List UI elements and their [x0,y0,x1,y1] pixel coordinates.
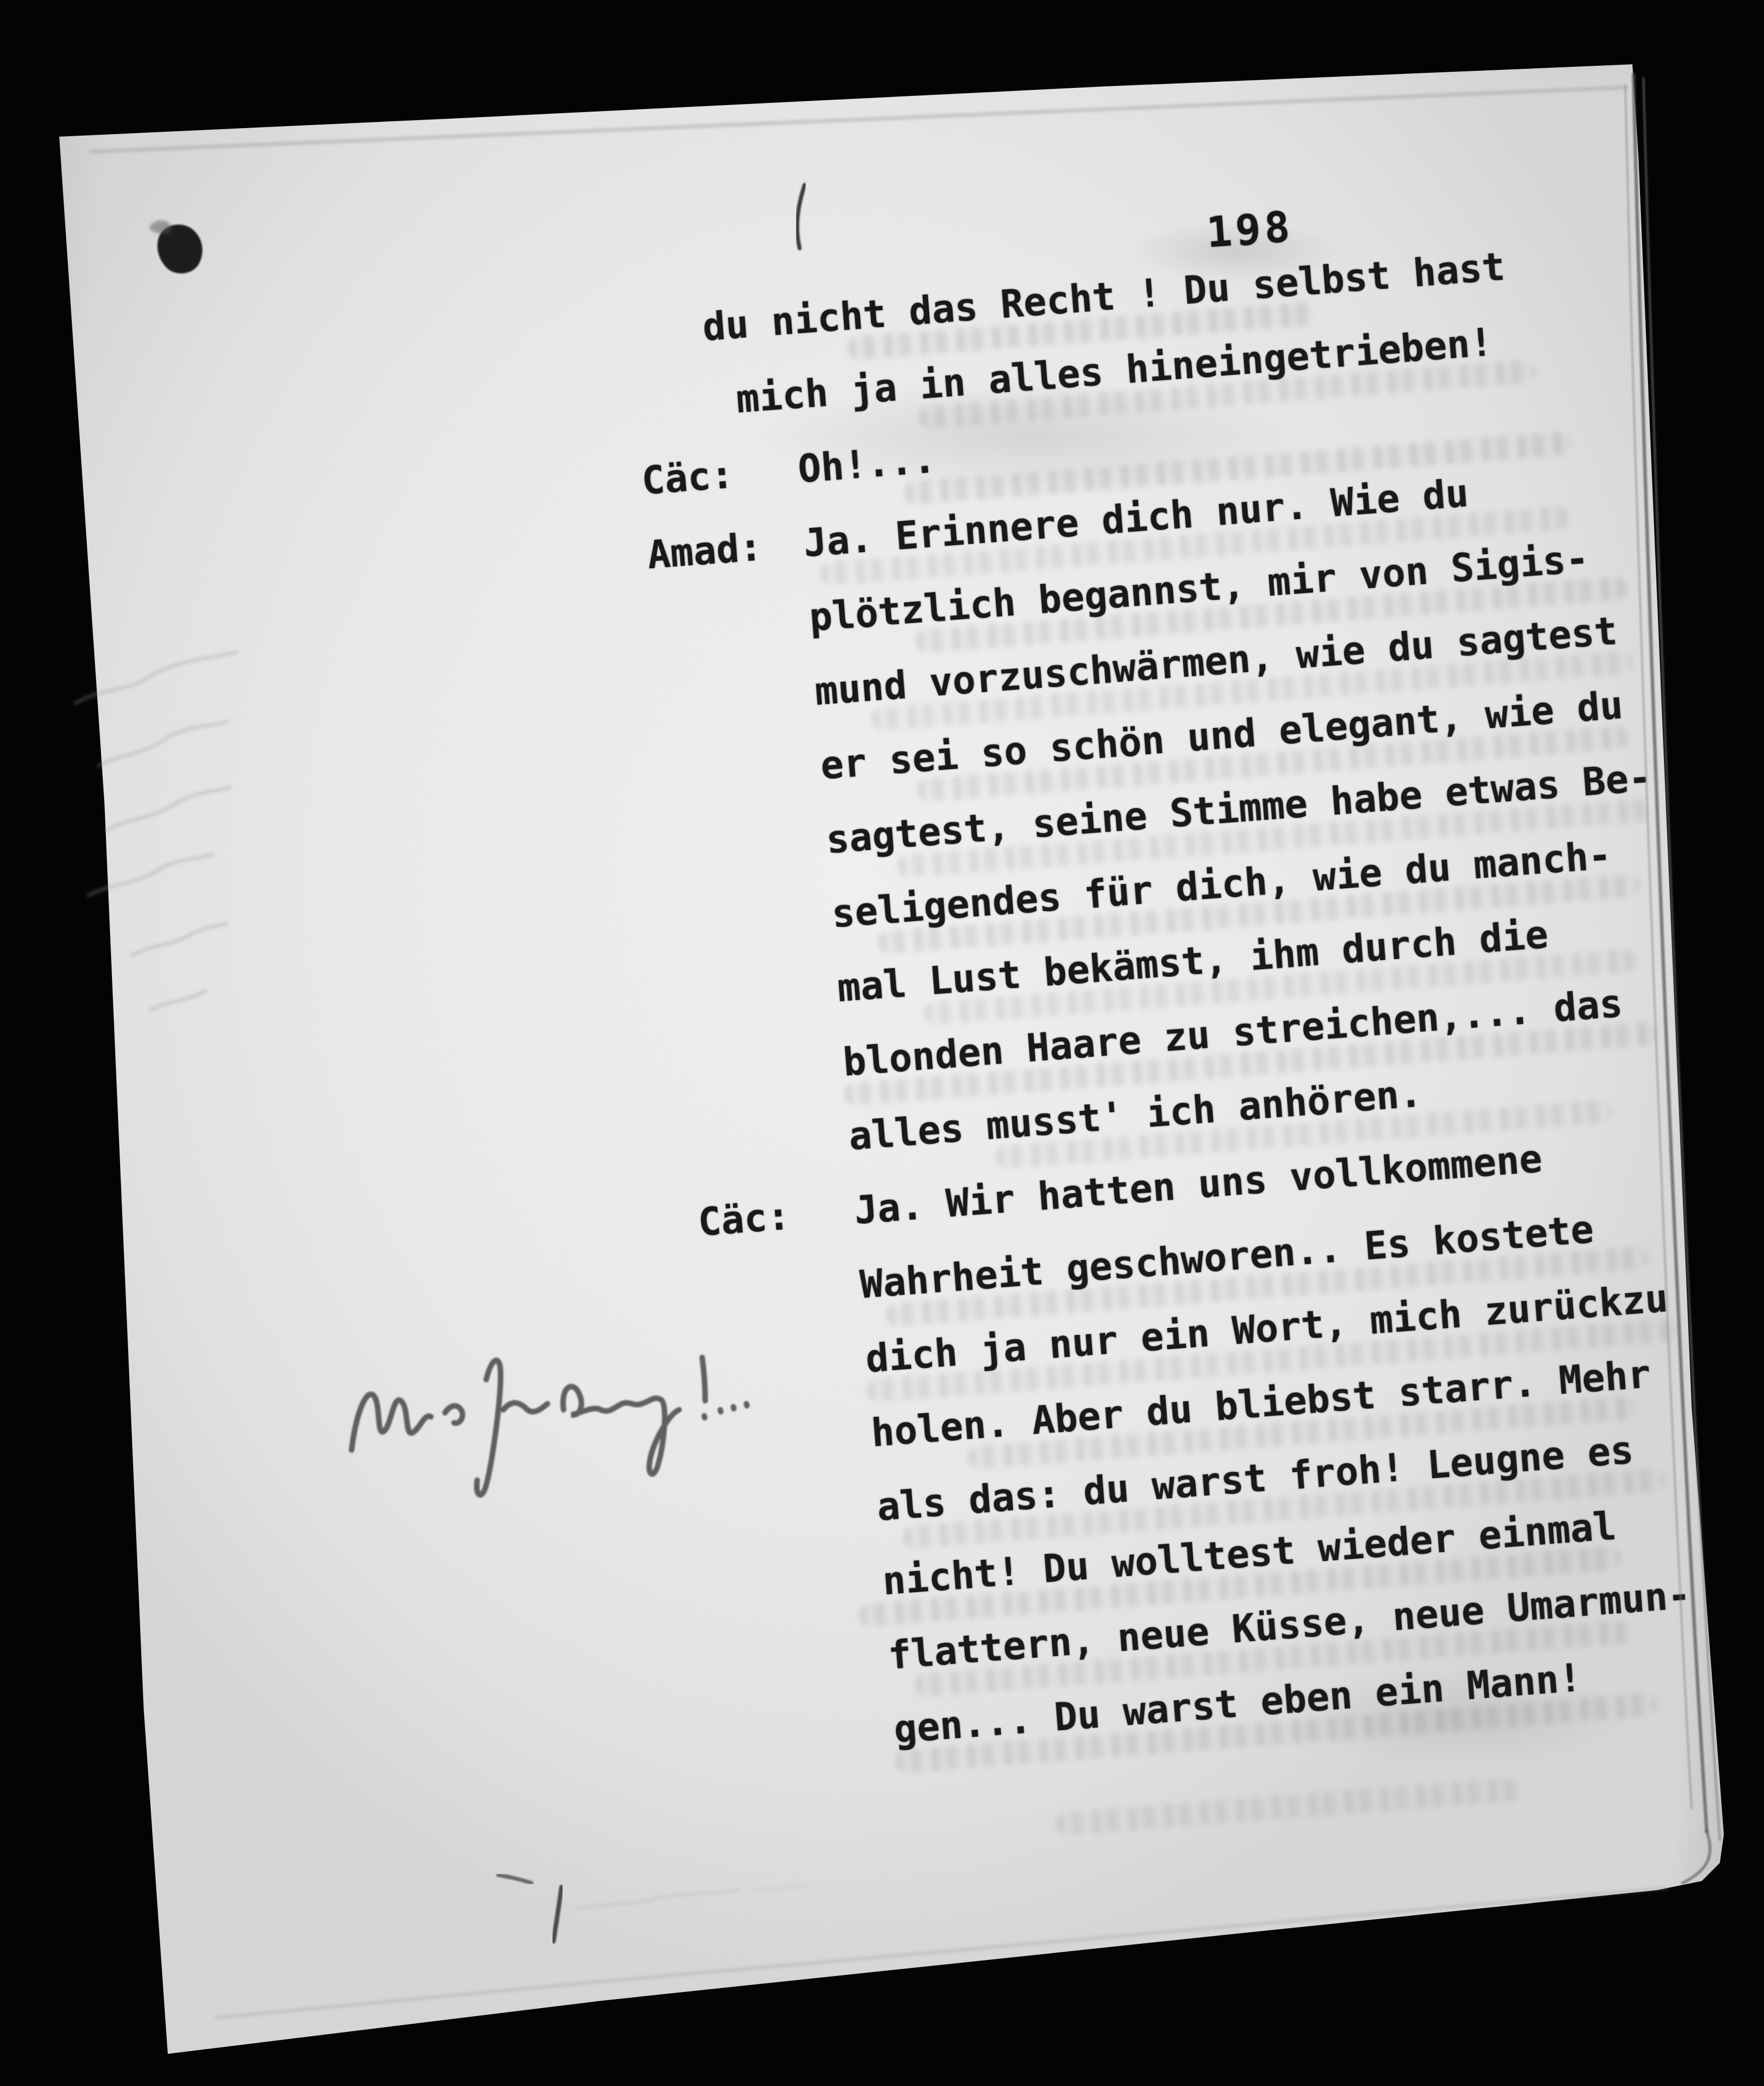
speaker-label [733,1668,889,1681]
speaker-label [694,1150,850,1162]
speaker-label [705,1298,861,1310]
speaker-label [666,779,822,791]
speaker-label [660,705,816,717]
page-number: 198 [1205,202,1295,257]
speaker-label [654,631,810,643]
speaker-label [688,1076,844,1088]
scan-stage: 198 du nicht das Recht ! Du selbst hast … [0,0,1764,2086]
speaker-label [671,853,827,865]
speaker-label [722,1520,878,1532]
speaker-label [711,1372,867,1384]
speaker-label [727,1595,884,1607]
speaker-label [682,1001,838,1013]
typed-text-block: du nicht das Recht ! Du selbst hast mich… [629,221,1764,1794]
speaker-label [677,927,833,940]
speaker-label [716,1446,872,1458]
speaker-label [739,1743,895,1755]
